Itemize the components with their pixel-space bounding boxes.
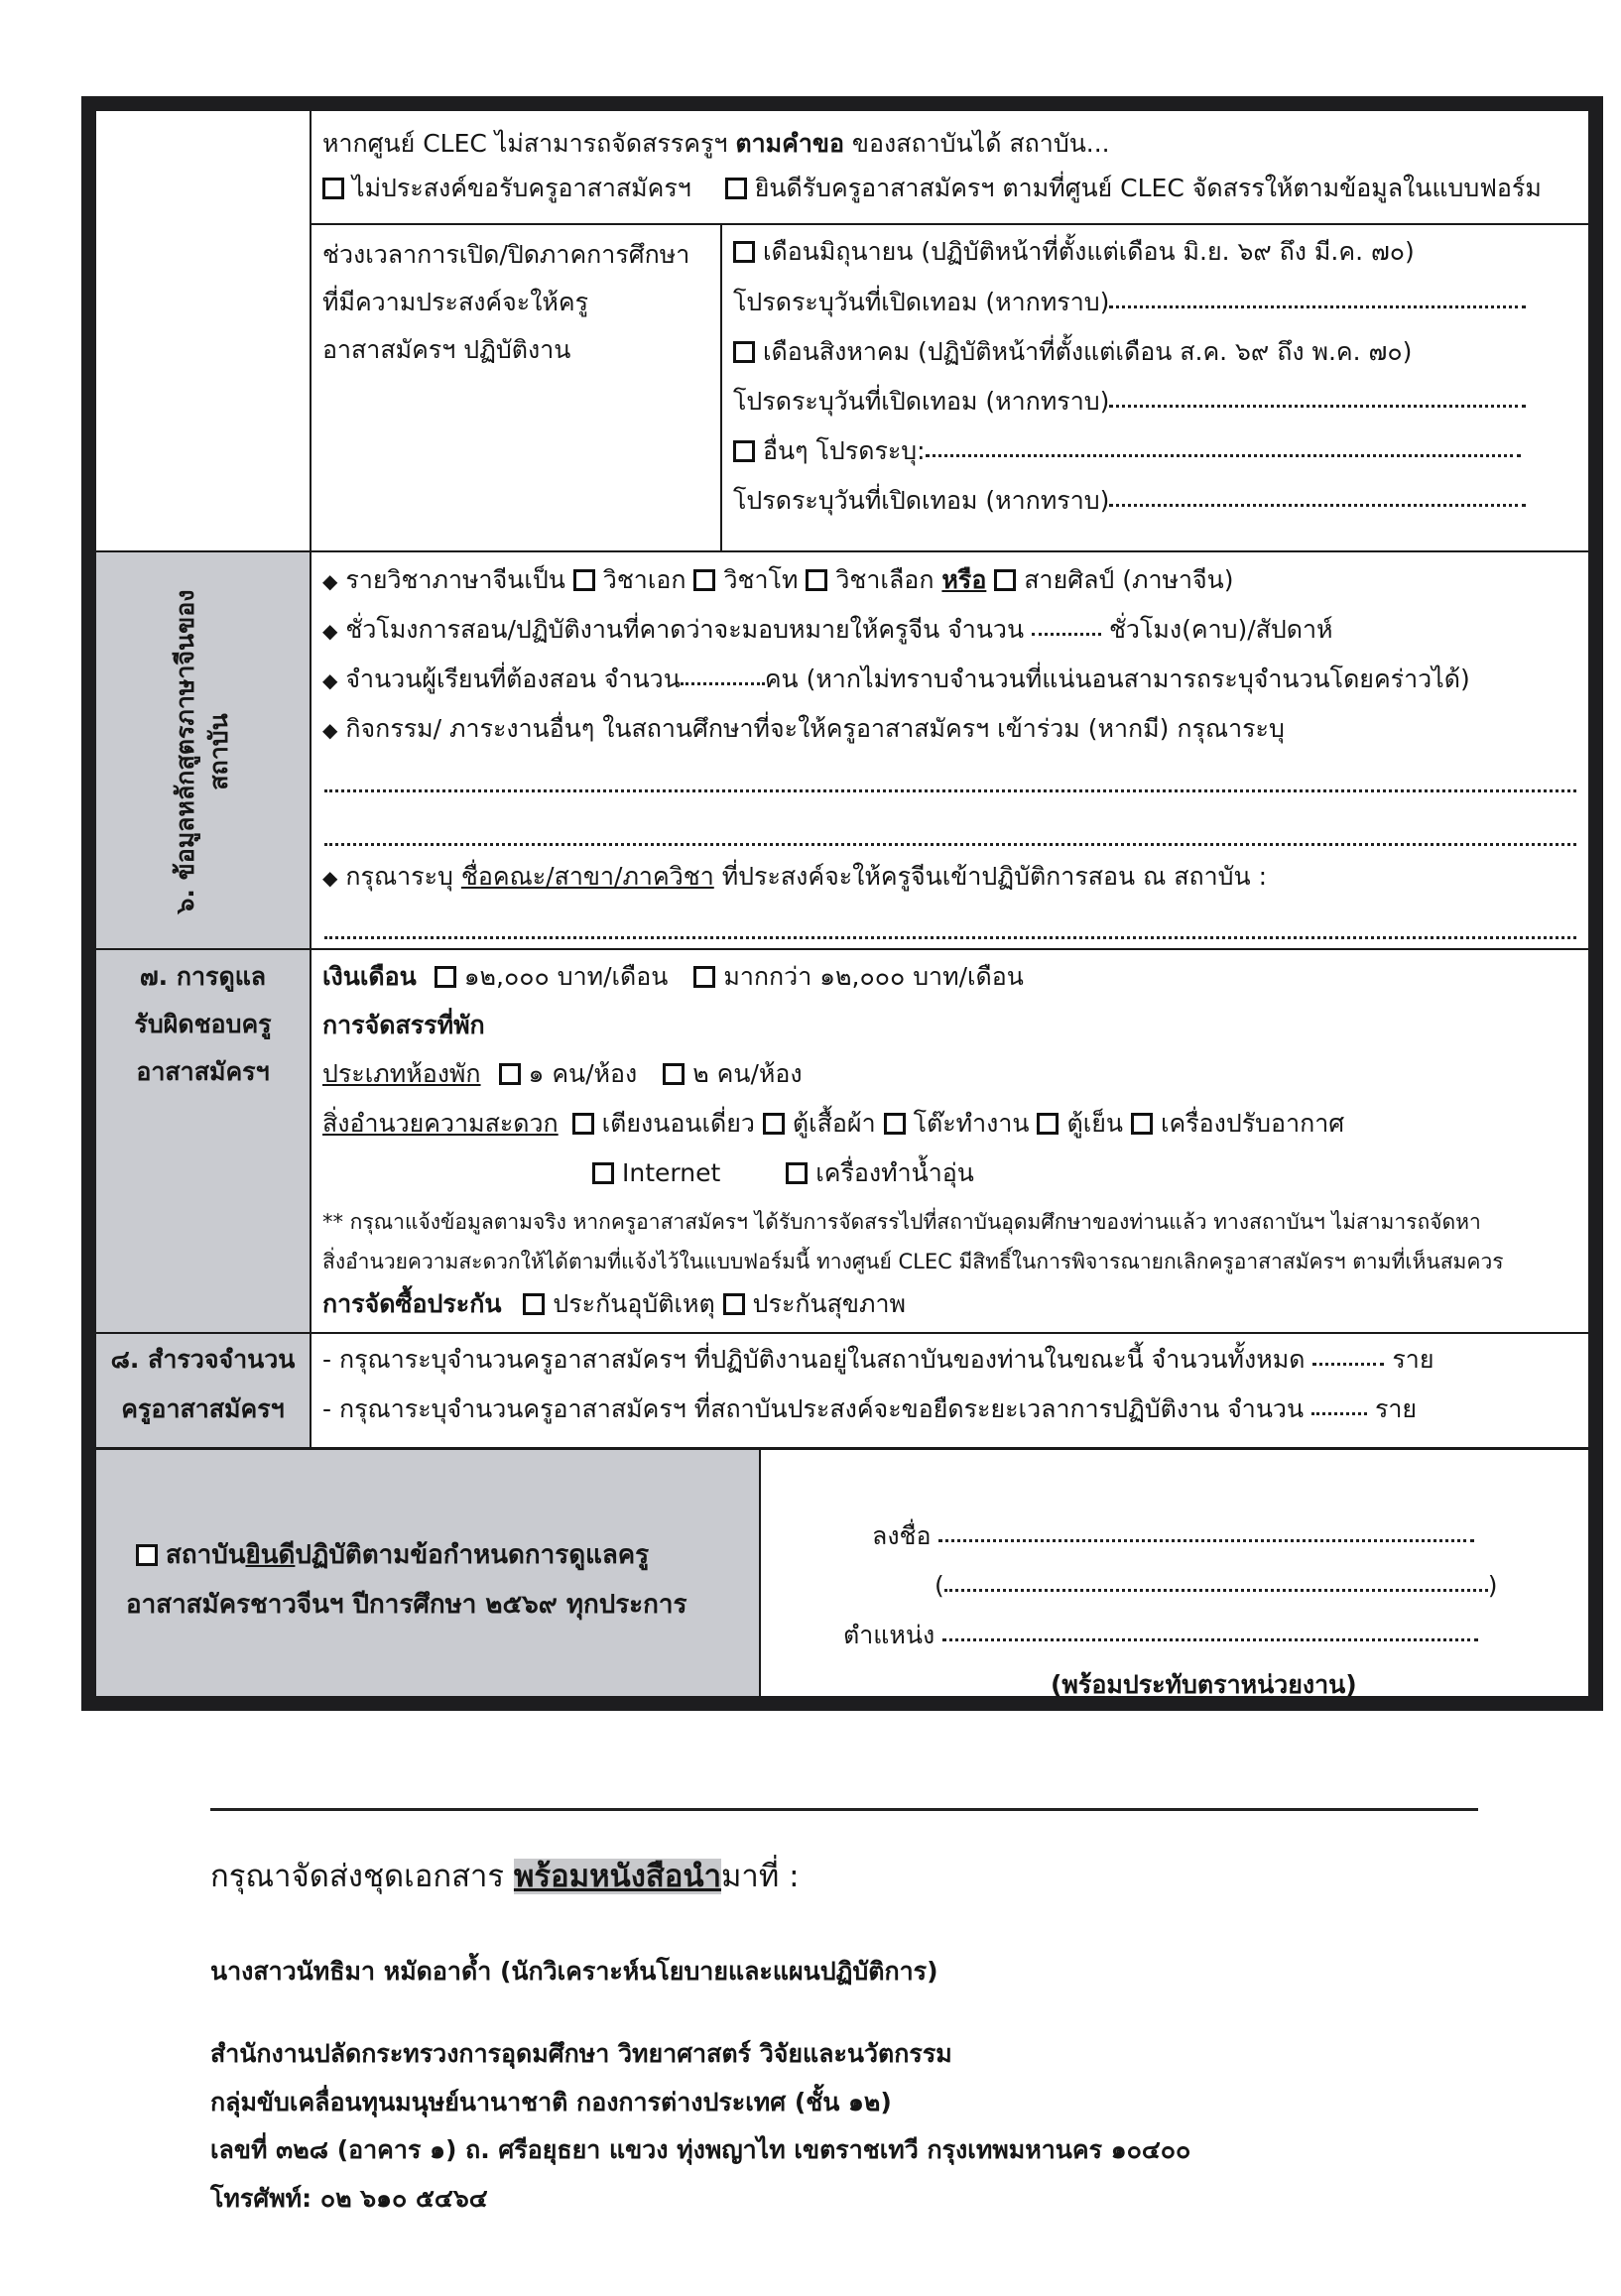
june-option: เดือนมิถุนายน (ปฏิบัติหน้าที่ตั้งแต่เดือ… [733,237,1415,267]
footer-divider [210,1808,1478,1811]
other-checkbox[interactable] [733,440,755,462]
column-divider [310,111,312,1447]
section6-heading-line2: สถาบัน [202,553,236,950]
address-line-1: สำนักงานปลัดกระทรวงการอุดมศึกษา วิทยาศาส… [210,2039,952,2069]
insurance-label: การจัดซื้อประกัน [322,1289,501,1318]
other-label: อื่นๆ โปรดระบุ: [763,436,926,465]
salary-12000-checkbox[interactable] [435,966,456,988]
application-form-frame: หากศูนย์ CLEC ไม่สามารถจัดสรรครูฯ ตามคำข… [81,96,1603,1711]
fallback-bold: ตามคำขอ [735,129,844,158]
agreement-checkbox[interactable] [136,1544,158,1566]
housing-label: การจัดสรรที่พัก [322,1011,485,1040]
accident-insurance-label: ประกันอุบัติเหตุ [553,1289,714,1318]
address-line-2: กลุ่มขับเคลื่อนทุนมนุษย์นานาชาติ กองการต… [210,2088,892,2117]
close-paren: ) [1488,1571,1498,1600]
row-divider [96,1332,1588,1334]
minor-label: วิชาโท [723,565,798,594]
wardrobe-checkbox[interactable] [763,1113,785,1135]
phone-number: โทรศัพท์: ๐๒ ๖๑๐ ๕๔๖๔ [210,2184,488,2214]
hours-input[interactable] [1032,633,1101,636]
send-highlight: พร้อมหนังสือนำ [514,1859,721,1894]
bullet-diamond-icon: ◆ [322,616,337,646]
note-line-2: สิ่งอำนวยความสะดวกให้ได้ตามที่แจ้งไว้ในแ… [322,1247,1504,1276]
open-date-field-1[interactable]: โปรดระบุวันที่เปิดเทอม (หากทราบ) [733,288,1526,317]
send-instruction: กรุณาจัดส่งชุดเอกสาร พร้อมหนังสือนำมาที่… [210,1857,800,1896]
june-checkbox[interactable] [733,241,755,263]
open-date-field-3[interactable]: โปรดระบุวันที่เปิดเทอม (หากทราบ) [733,486,1526,516]
fallback-suffix: ของสถาบันได้ สถาบัน... [844,129,1110,158]
august-option: เดือนสิงหาคม (ปฏิบัติหน้าที่ตั้งแต่เดือน… [733,337,1412,367]
internet-label: Internet [622,1158,720,1187]
air-conditioner-checkbox[interactable] [1131,1113,1153,1135]
section7-label-cell [96,950,310,1333]
fallback-options: ไม่ประสงค์ขอรับครูอาสาสมัครฯ ยินดีรับครู… [322,174,1542,203]
agreement-line-2: อาสาสมัครชาวจีนฯ ปีการศึกษา ๒๕๖๙ ทุกประก… [126,1590,686,1620]
row-divider [96,948,1588,950]
agreement-underlined: ยินดี [246,1540,296,1570]
fallback-text: หากศูนย์ CLEC ไม่สามารถจัดสรรครูฯ [322,129,735,158]
salary-12000-label: ๑๒,๐๐๐ บาท/เดือน [464,962,669,991]
signature-input[interactable] [938,1539,1474,1542]
open-paren: ( [935,1571,944,1600]
or-text: หรือ [941,565,986,594]
decline-checkbox[interactable] [322,178,344,199]
fill-line[interactable] [1109,504,1526,507]
agreement-suffix: ปฏิบัติตามข้อกำหนดการดูแลครู [295,1540,649,1570]
amenities-row-2: Internet เครื่องทำน้ำอุ่น [592,1158,974,1188]
other-option: อื่นๆ โปรดระบุ: [733,436,1521,466]
amenities-row-1: สิ่งอำนวยความสะดวก เตียงนอนเดี่ยว ตู้เสื… [322,1109,1344,1139]
accident-insurance-checkbox[interactable] [523,1293,545,1315]
current-teachers-unit: ราย [1392,1345,1434,1374]
open-date-label: โปรดระบุวันที่เปิดเทอม (หากทราบ) [733,387,1109,416]
room-double-label: ๒ คน/ห้อง [692,1059,802,1088]
students-input[interactable] [681,682,765,685]
name-row: () [935,1571,1498,1601]
june-label: เดือนมิถุนายน (ปฏิบัติหน้าที่ตั้งแต่เดือ… [763,237,1415,266]
section7-heading-1: ๗. การดูแล [96,962,310,992]
desk-label: โต๊ะทำงาน [914,1109,1030,1138]
faculty-underlined: ชื่อคณะ/สาขา/ภาควิชา [461,862,714,891]
bullet-diamond-icon: ◆ [322,863,337,893]
sign-label: ลงชื่อ [872,1521,932,1550]
arts-track-label: สายศิลป์ (ภาษาจีน) [1024,565,1233,594]
elective-checkbox[interactable] [806,569,827,591]
elective-label: วิชาเลือก [835,565,934,594]
current-teachers-input[interactable] [1312,1363,1384,1366]
health-insurance-label: ประกันสุขภาพ [753,1289,906,1318]
signature-row: ลงชื่อ [872,1521,1474,1551]
activities-input-line-2[interactable] [324,843,1576,846]
bullet-diamond-icon: ◆ [322,566,337,596]
accept-allocation-label: ยินดีรับครูอาสาสมัครฯ ตามที่ศูนย์ CLEC จ… [755,174,1542,202]
position-label: ตำแหน่ง [843,1621,935,1649]
arts-track-checkbox[interactable] [994,569,1016,591]
fill-line[interactable] [1109,405,1526,408]
position-input[interactable] [942,1638,1478,1641]
stamp-note: (พร้อมประทับตราหน่วยงาน) [1051,1670,1357,1700]
section7-heading-3: อาสาสมัครฯ [96,1057,310,1087]
health-insurance-checkbox[interactable] [723,1293,745,1315]
open-date-label: โปรดระบุวันที่เปิดเทอม (หากทราบ) [733,288,1109,316]
minor-checkbox[interactable] [693,569,715,591]
activities-row: ◆กิจกรรม/ ภาระงานอื่นๆ ในสถานศึกษาที่จะใ… [322,714,1285,745]
agreement-line-1: สถาบันยินดีปฏิบัติตามข้อกำหนดการดูแลครู [136,1540,649,1570]
send-prefix: กรุณาจัดส่งชุดเอกสาร [210,1859,514,1894]
column-divider [759,1447,761,1696]
hours-label: ชั่วโมงการสอน/ปฏิบัติงานที่คาดว่าจะมอบหม… [345,615,1024,644]
semester-label-2: ที่มีความประสงค์จะให้ครู [322,288,588,317]
current-teachers-label: - กรุณาระบุจำนวนครูอาสาสมัครฯ ที่ปฏิบัติ… [322,1345,1305,1374]
wardrobe-label: ตู้เสื้อผ้า [793,1109,876,1138]
fallback-question: หากศูนย์ CLEC ไม่สามารถจัดสรรครูฯ ตามคำข… [322,129,1110,159]
printed-name-input[interactable] [944,1589,1488,1592]
address-line-3: เลขที่ ๓๒๘ (อาคาร ๑) ถ. ศรีอยุธยา แขวง ท… [210,2135,1190,2165]
extend-teachers-label: - กรุณาระบุจำนวนครูอาสาสมัครฯ ที่สถาบันป… [322,1394,1304,1423]
agreement-cell [96,1449,759,1696]
current-teachers-row: - กรุณาระบุจำนวนครูอาสาสมัครฯ ที่ปฏิบัติ… [322,1345,1434,1375]
hours-row: ◆ชั่วโมงการสอน/ปฏิบัติงานที่คาดว่าจะมอบห… [322,615,1333,646]
section6-heading-line1: ๖. ข้อมูลหลักสูตรภาษาจีนของ [169,553,202,950]
august-label: เดือนสิงหาคม (ปฏิบัติหน้าที่ตั้งแต่เดือน… [763,337,1412,366]
agreement-prefix: สถาบัน [166,1540,246,1570]
room-double-checkbox[interactable] [663,1063,685,1085]
bullet-diamond-icon: ◆ [322,665,337,695]
hours-unit: ชั่วโมง(คาบ)/สัปดาห์ [1109,615,1333,644]
column-divider [720,223,722,550]
activities-input-line-1[interactable] [324,789,1576,792]
salary-more-label: มากกว่า ๑๒,๐๐๐ บาท/เดือน [723,962,1024,991]
course-label: รายวิชาภาษาจีนเป็น [345,565,564,594]
recipient-name: นางสาวนัทธิมา หมัดอาด้ำ (นักวิเคราะห์นโย… [210,1957,938,1987]
faculty-label: กรุณาระบุ [345,862,460,891]
faculty-suffix: ที่ประสงค์จะให้ครูจีนเข้าปฏิบัติการสอน ณ… [714,862,1267,891]
august-checkbox[interactable] [733,341,755,363]
students-unit: คน (หากไม่ทราบจำนวนที่แน่นอนสามารถระบุจำ… [765,665,1470,693]
section6-heading: ๖. ข้อมูลหลักสูตรภาษาจีนของ สถาบัน [169,553,236,950]
room-single-checkbox[interactable] [499,1063,521,1085]
extend-teachers-input[interactable] [1311,1412,1367,1415]
room-single-label: ๑ คน/ห้อง [529,1059,638,1088]
semester-label-1: ช่วงเวลาการเปิด/ปิดภาคการศึกษา [322,240,689,270]
air-conditioner-label: เครื่องปรับอากาศ [1161,1109,1344,1138]
activities-label: กิจกรรม/ ภาระงานอื่นๆ ในสถานศึกษาที่จะให… [345,714,1284,743]
insurance-row: การจัดซื้อประกัน ประกันอุบัติเหตุ ประกัน… [322,1289,906,1319]
extend-teachers-row: - กรุณาระบุจำนวนครูอาสาสมัครฯ ที่สถาบันป… [322,1394,1417,1424]
salary-row: เงินเดือน ๑๒,๐๐๐ บาท/เดือน มากกว่า ๑๒,๐๐… [322,962,1024,992]
open-date-field-2[interactable]: โปรดระบุวันที่เปิดเทอม (หากทราบ) [733,387,1526,417]
semester-label-3: อาสาสมัครฯ ปฏิบัติงาน [322,335,570,365]
position-row: ตำแหน่ง [843,1621,1478,1650]
section8-heading-2: ครูอาสาสมัครฯ [96,1394,310,1424]
major-checkbox[interactable] [573,569,595,591]
fill-line[interactable] [1109,305,1526,308]
row-divider [310,223,1588,225]
accept-allocation-checkbox[interactable] [725,178,747,199]
fridge-label: ตู้เย็น [1066,1109,1123,1138]
water-heater-checkbox[interactable] [786,1162,808,1184]
fill-line[interactable] [926,454,1521,457]
salary-more-checkbox[interactable] [693,966,715,988]
single-bed-checkbox[interactable] [572,1113,594,1135]
room-type-label: ประเภทห้องพัก [322,1059,481,1088]
decline-label: ไม่ประสงค์ขอรับครูอาสาสมัครฯ [352,174,691,202]
send-suffix: มาที่ : [721,1859,800,1894]
faculty-input-line[interactable] [324,936,1576,939]
amenities-label: สิ่งอำนวยความสะดวก [322,1109,559,1138]
row-divider [96,550,1588,552]
students-row: ◆จำนวนผู้เรียนที่ต้องสอน จำนวนคน (หากไม่… [322,665,1470,695]
faculty-row: ◆กรุณาระบุ ชื่อคณะ/สาขา/ภาควิชา ที่ประสง… [322,862,1267,893]
internet-checkbox[interactable] [592,1162,614,1184]
single-bed-label: เตียงนอนเดี่ยว [602,1109,755,1138]
salary-label: เงินเดือน [322,962,417,991]
note-line-1: ** กรุณาแจ้งข้อมูลตามจริง หากครูอาสาสมัค… [322,1207,1481,1237]
room-type-row: ประเภทห้องพัก ๑ คน/ห้อง ๒ คน/ห้อง [322,1059,803,1089]
bullet-diamond-icon: ◆ [322,715,337,745]
desk-checkbox[interactable] [884,1113,906,1135]
open-date-label: โปรดระบุวันที่เปิดเทอม (หากทราบ) [733,486,1109,515]
extend-teachers-unit: ราย [1375,1394,1417,1423]
students-label: จำนวนผู้เรียนที่ต้องสอน จำนวน [345,665,680,693]
row-divider [96,1447,1588,1450]
major-label: วิชาเอก [603,565,686,594]
water-heater-label: เครื่องทำน้ำอุ่น [815,1158,974,1187]
section8-heading-1: ๘. สำรวจจำนวน [96,1345,310,1375]
section7-heading-2: รับผิดชอบครู [96,1010,310,1039]
course-type-row: ◆รายวิชาภาษาจีนเป็น วิชาเอก วิชาโท วิชาเ… [322,565,1234,596]
fridge-checkbox[interactable] [1037,1113,1059,1135]
